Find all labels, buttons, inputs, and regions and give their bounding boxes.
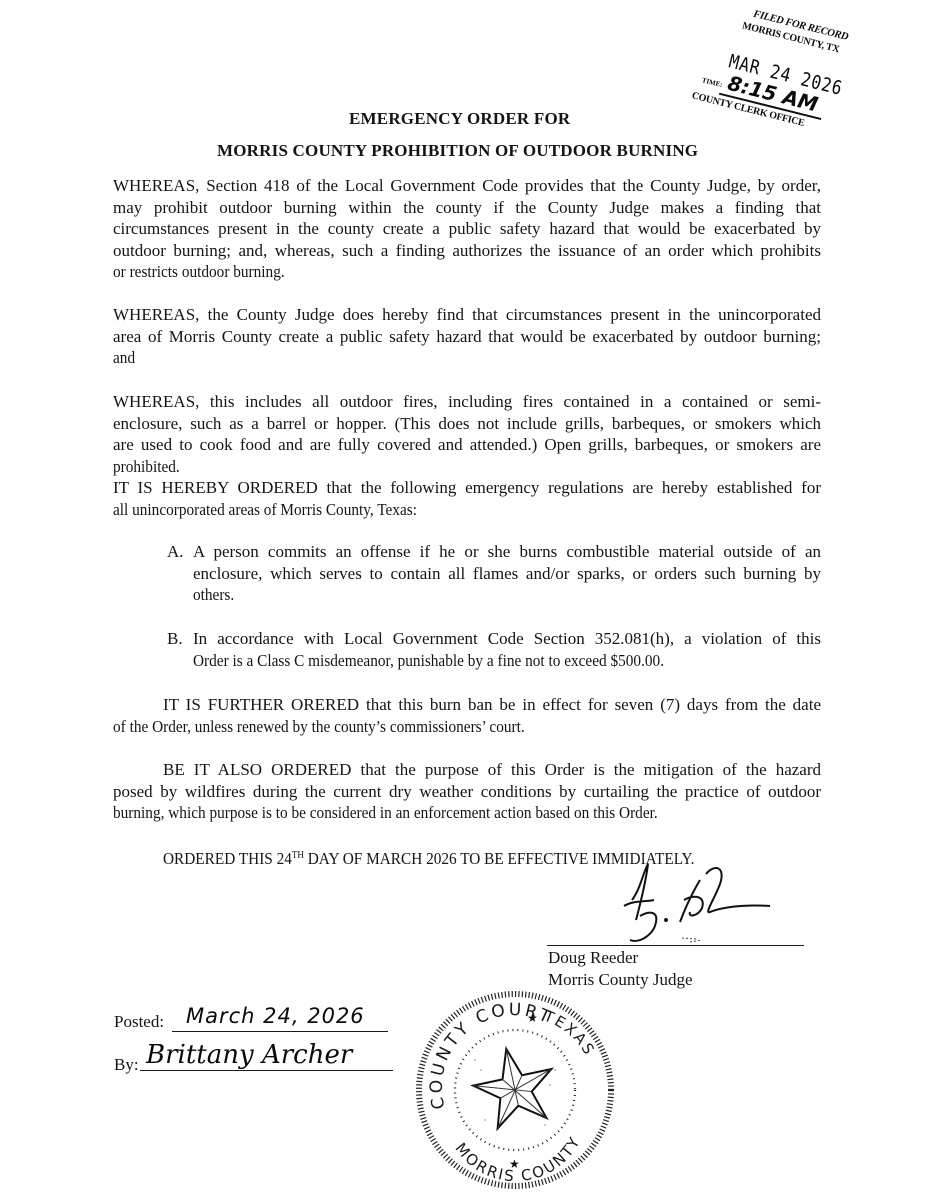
further-line: IT IS FURTHER ORERED that this burn ban …	[163, 695, 821, 715]
line-text: or restricts outdoor burning.	[113, 262, 285, 282]
judge-signature	[610, 860, 800, 950]
svg-text:★: ★	[527, 1011, 538, 1025]
whereas1-line: circumstances present in the county crea…	[113, 219, 821, 239]
whereas2-line: area of Morris County create a public sa…	[113, 327, 821, 347]
whereas3-line: enclosure, such as a barrel or hopper. (…	[113, 414, 821, 434]
whereas2-line: and	[113, 348, 138, 368]
line-text: burning, which purpose is to be consider…	[113, 803, 658, 823]
svg-text:TEXAS: TEXAS	[541, 1006, 599, 1059]
list-item-line: enclosure, which serves to contain all f…	[193, 564, 821, 584]
by-label: By:	[114, 1055, 139, 1075]
line-text: and	[113, 348, 135, 368]
title-line-1: EMERGENCY ORDER FOR	[349, 109, 570, 129]
list-marker: A.	[167, 542, 184, 562]
judge-name: Doug Reeder	[548, 948, 638, 968]
whereas3-line: prohibited.	[113, 457, 187, 477]
county-court-seal: COUNTY COURT TEXAS MORRIS COUNTY ★ ★	[415, 990, 615, 1190]
line-text: others.	[193, 585, 234, 605]
title-line-2: MORRIS COUNTY PROHIBITION OF OUTDOOR BUR…	[217, 141, 698, 161]
line-text: Order is a Class C misdemeanor, punishab…	[193, 651, 664, 671]
list-item-line: others.	[193, 585, 239, 605]
svg-text:★: ★	[509, 1157, 520, 1171]
list-item-line: A person commits an offense if he or she…	[193, 542, 821, 562]
further-line: of the Order, unless renewed by the coun…	[113, 717, 570, 737]
star-icon	[467, 1041, 561, 1132]
filed-for-record-stamp: FILED FOR RECORD MORRIS COUNTY, TX MAR 2…	[685, 0, 925, 192]
ordered-line: IT IS HEREBY ORDERED that the following …	[113, 478, 821, 498]
posted-date-handwritten: March 24, 2026	[186, 1004, 365, 1028]
whereas1-line: outdoor burning; and, whereas, such a fi…	[113, 241, 821, 261]
seal-right-text: TEXAS	[541, 1006, 599, 1059]
whereas3-line: are used to cook food and are fully cove…	[113, 435, 821, 455]
also-line: posed by wildfires during the current dr…	[113, 782, 821, 802]
by-line	[140, 1070, 393, 1071]
posted-label: Posted:	[114, 1012, 164, 1032]
judge-signature-line	[547, 945, 804, 946]
whereas3-line: WHEREAS, this includes all outdoor fires…	[113, 392, 821, 412]
list-item-line: In accordance with Local Government Code…	[193, 629, 821, 649]
ordered-line: all unincorporated areas of Morris Count…	[113, 500, 451, 520]
posted-by-signature: Brittany Archer	[146, 1040, 352, 1070]
stamp-time-label: TIME:	[701, 76, 723, 89]
also-line: burning, which purpose is to be consider…	[113, 803, 718, 823]
whereas1-line: may prohibit outdoor burning within the …	[113, 198, 821, 218]
whereas1-line: or restricts outdoor burning.	[113, 262, 304, 282]
line-text: all unincorporated areas of Morris Count…	[113, 500, 417, 520]
list-item-line: Order is a Class C misdemeanor, punishab…	[193, 651, 716, 671]
list-marker: B.	[167, 629, 183, 649]
whereas1-line: WHEREAS, Section 418 of the Local Govern…	[113, 176, 821, 196]
whereas2-line: WHEREAS, the County Judge does hereby fi…	[113, 305, 821, 325]
posted-line	[172, 1031, 388, 1032]
also-line: BE IT ALSO ORDERED that the purpose of t…	[163, 760, 821, 780]
document-page: FILED FOR RECORD MORRIS COUNTY, TX MAR 2…	[0, 0, 925, 1200]
judge-title: Morris County Judge	[548, 970, 693, 990]
line-text: of the Order, unless renewed by the coun…	[113, 717, 525, 737]
line-text: prohibited.	[113, 457, 180, 477]
